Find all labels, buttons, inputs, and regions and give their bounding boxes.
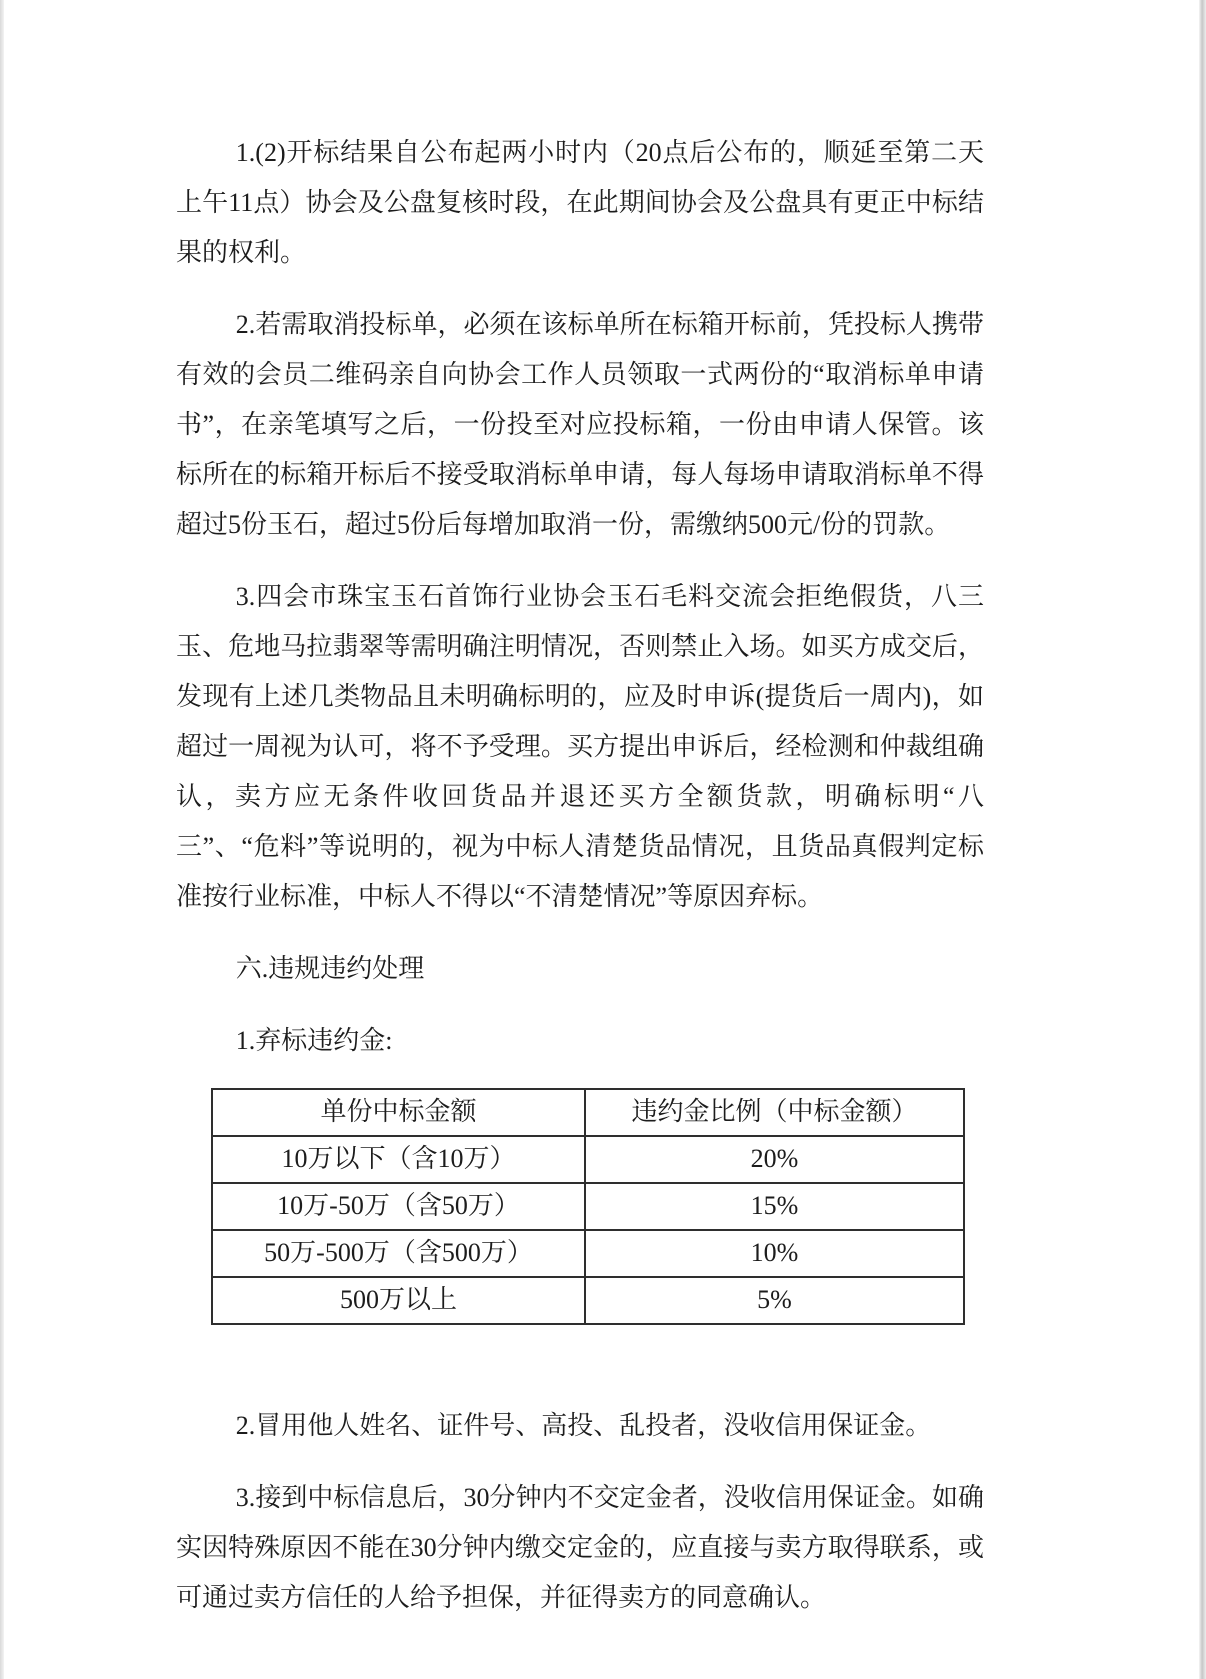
table-cell-amount-range: 50万-500万（含500万） — [212, 1230, 585, 1277]
section-heading-violation-handling: 六.违规违约处理 — [176, 944, 984, 994]
table-header-penalty-ratio: 违约金比例（中标金额） — [585, 1089, 964, 1136]
paragraph-cancel-bid-rules: 2.若需取消投标单，必须在该标单所在标箱开标前，凭投标人携带有效的会员二维码亲自… — [176, 300, 984, 550]
table-caption-abandonment-penalty: 1.弃标违约金: — [176, 1016, 984, 1066]
document-content: 1.(2)开标结果自公布起两小时内（20点后公布的，顺延至第二天上午11点）协会… — [176, 128, 984, 1645]
paragraph-deposit-deadline: 3.接到中标信息后，30分钟内不交定金者，没收信用保证金。如确实因特殊原因不能在… — [176, 1473, 984, 1623]
table-row: 10万以下（含10万） 20% — [212, 1136, 964, 1183]
paragraph-impersonation-penalty: 2.冒用他人姓名、证件号、高投、乱投者，没收信用保证金。 — [176, 1401, 984, 1451]
page-edge-right — [1199, 0, 1206, 1679]
table-cell-amount-range: 10万以下（含10万） — [212, 1136, 585, 1183]
table-cell-penalty-ratio: 5% — [585, 1277, 964, 1324]
table-header-bid-amount: 单份中标金额 — [212, 1089, 585, 1136]
paragraph-bid-result-review: 1.(2)开标结果自公布起两小时内（20点后公布的，顺延至第二天上午11点）协会… — [176, 128, 984, 278]
table-cell-amount-range: 10万-50万（含50万） — [212, 1183, 585, 1230]
table-row: 50万-500万（含500万） 10% — [212, 1230, 964, 1277]
paragraph-fake-goods-policy: 3.四会市珠宝玉石首饰行业协会玉石毛料交流会拒绝假货，八三玉、危地马拉翡翠等需明… — [176, 572, 984, 922]
table-cell-amount-range: 500万以上 — [212, 1277, 585, 1324]
table-cell-penalty-ratio: 20% — [585, 1136, 964, 1183]
table-cell-penalty-ratio: 15% — [585, 1183, 964, 1230]
table-row: 10万-50万（含50万） 15% — [212, 1183, 964, 1230]
table-header-row: 单份中标金额 违约金比例（中标金额） — [212, 1089, 964, 1136]
page-edge-left — [0, 0, 4, 1679]
table-cell-penalty-ratio: 10% — [585, 1230, 964, 1277]
table-row: 500万以上 5% — [212, 1277, 964, 1324]
penalty-table: 单份中标金额 违约金比例（中标金额） 10万以下（含10万） 20% 10万-5… — [211, 1088, 965, 1325]
